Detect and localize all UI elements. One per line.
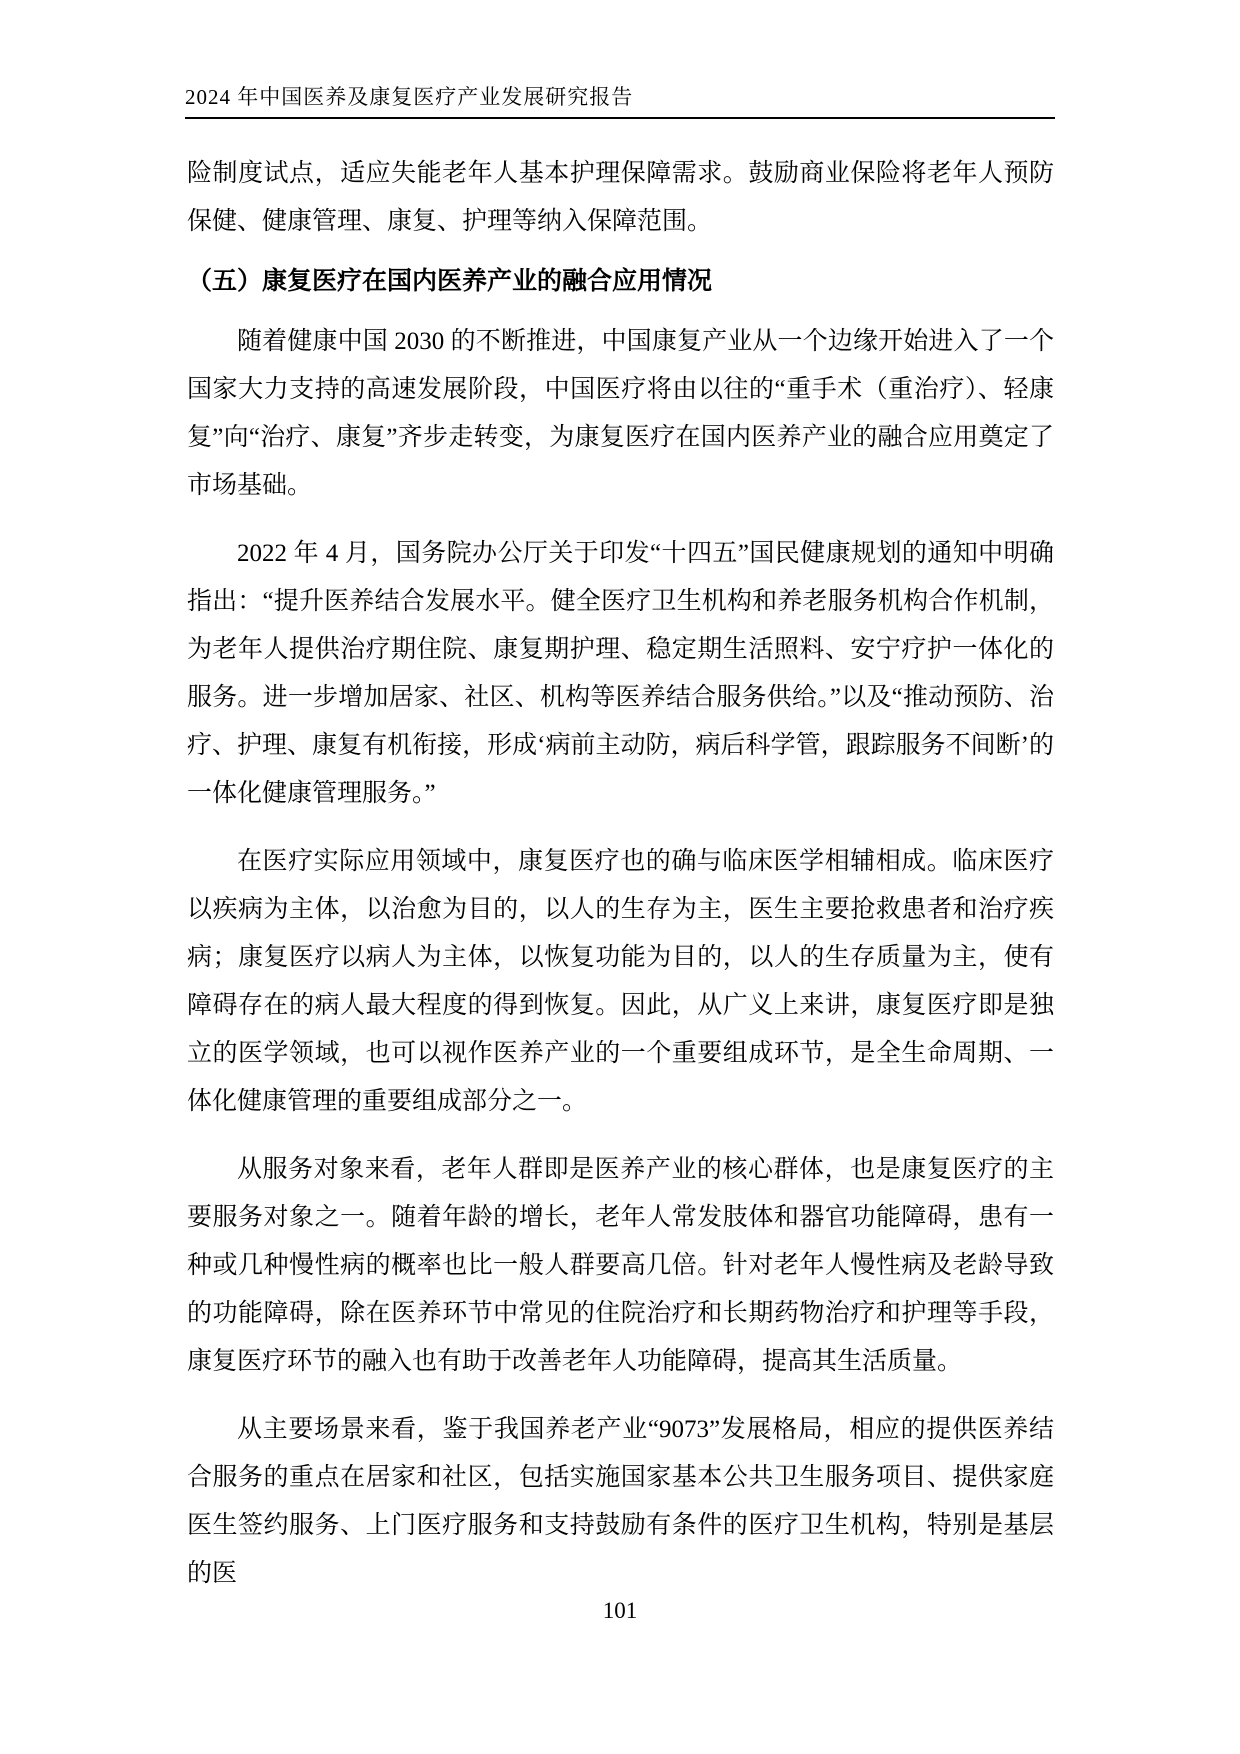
body-paragraph: 在医疗实际应用领域中，康复医疗也的确与临床医学相辅相成。临床医疗以疾病为主体，以… <box>187 838 1054 1126</box>
header-title: 2024 年中国医养及康复医疗产业发展研究报告 <box>185 85 633 109</box>
body-paragraph-continuation: 险制度试点，适应失能老年人基本护理保障需求。鼓励商业保险将老年人预防保健、健康管… <box>187 150 1054 246</box>
body-paragraph: 2022 年 4 月，国务院办公厅关于印发“十四五”国民健康规划的通知中明确指出… <box>187 530 1054 818</box>
body-paragraph: 从服务对象来看，老年人群即是医养产业的核心群体，也是康复医疗的主要服务对象之一。… <box>187 1146 1054 1386</box>
body-paragraph: 随着健康中国 2030 的不断推进，中国康复产业从一个边缘开始进入了一个国家大力… <box>187 318 1054 510</box>
page-footer: 101 <box>0 1596 1240 1626</box>
section-heading: （五）康复医疗在国内医养产业的融合应用情况 <box>187 258 1054 306</box>
document-body: 险制度试点，适应失能老年人基本护理保障需求。鼓励商业保险将老年人预防保健、健康管… <box>187 150 1054 1618</box>
document-page: 2024 年中国医养及康复医疗产业发展研究报告 险制度试点，适应失能老年人基本护… <box>0 0 1240 1754</box>
body-paragraph: 从主要场景来看，鉴于我国养老产业“9073”发展格局，相应的提供医养结合服务的重… <box>187 1406 1054 1598</box>
page-number: 101 <box>603 1598 638 1623</box>
page-header: 2024 年中国医养及康复医疗产业发展研究报告 <box>185 84 1055 119</box>
